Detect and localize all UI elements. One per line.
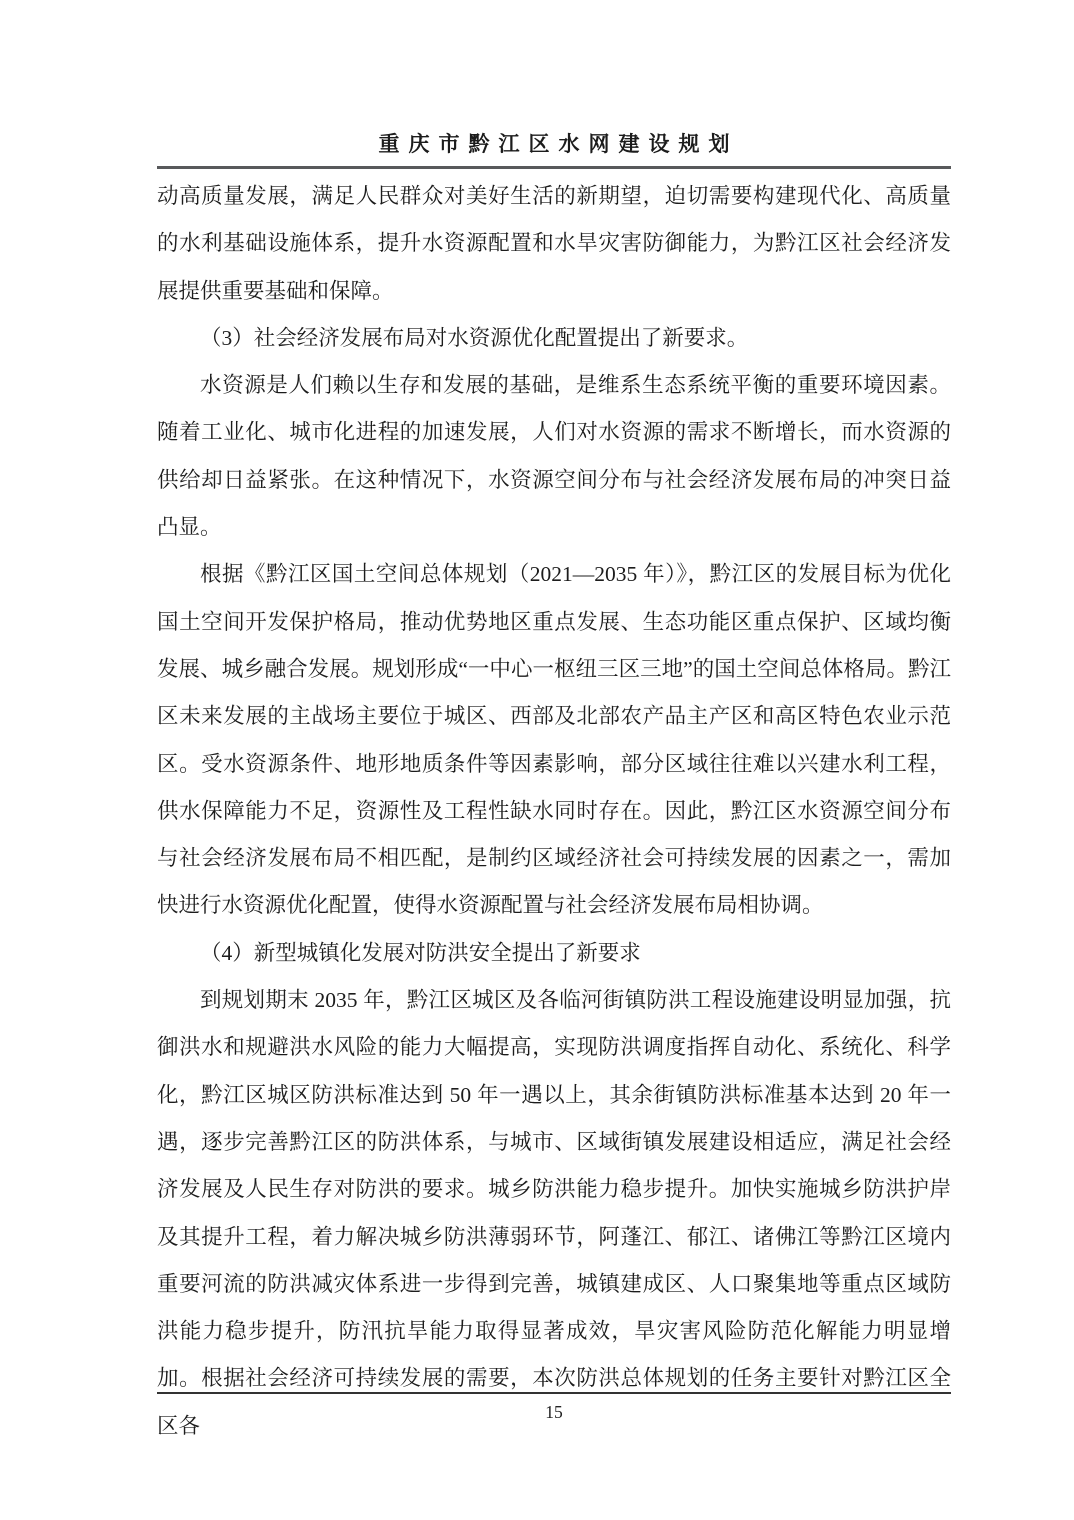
page-number: 15 xyxy=(157,1398,951,1426)
body-paragraph: 水资源是人们赖以生存和发展的基础，是维系生态系统平衡的重要环境因素。随着工业化、… xyxy=(157,362,951,551)
body-paragraph: （4）新型城镇化发展对防洪安全提出了新要求 xyxy=(157,930,951,977)
body-paragraph: 根据《黔江区国土空间总体规划（2021—2035 年）》，黔江区的发展目标为优化… xyxy=(157,551,951,929)
document-page: 重庆市黔江区水网建设规划 动高质量发展，满足人民群众对美好生活的新期望，迫切需要… xyxy=(0,0,1074,1520)
footer-rule xyxy=(157,1392,951,1394)
header-rule xyxy=(157,166,951,169)
page-header: 重庆市黔江区水网建设规划 xyxy=(157,130,951,169)
body-paragraph: 到规划期末 2035 年，黔江区城区及各临河街镇防洪工程设施建设明显加强，抗御洪… xyxy=(157,977,951,1450)
body-paragraph: 动高质量发展，满足人民群众对美好生活的新期望，迫切需要构建现代化、高质量的水利基… xyxy=(157,173,951,315)
document-body: 动高质量发展，满足人民群众对美好生活的新期望，迫切需要构建现代化、高质量的水利基… xyxy=(157,173,951,1450)
document-title: 重庆市黔江区水网建设规划 xyxy=(157,130,951,160)
body-paragraph: （3）社会经济发展布局对水资源优化配置提出了新要求。 xyxy=(157,315,951,362)
